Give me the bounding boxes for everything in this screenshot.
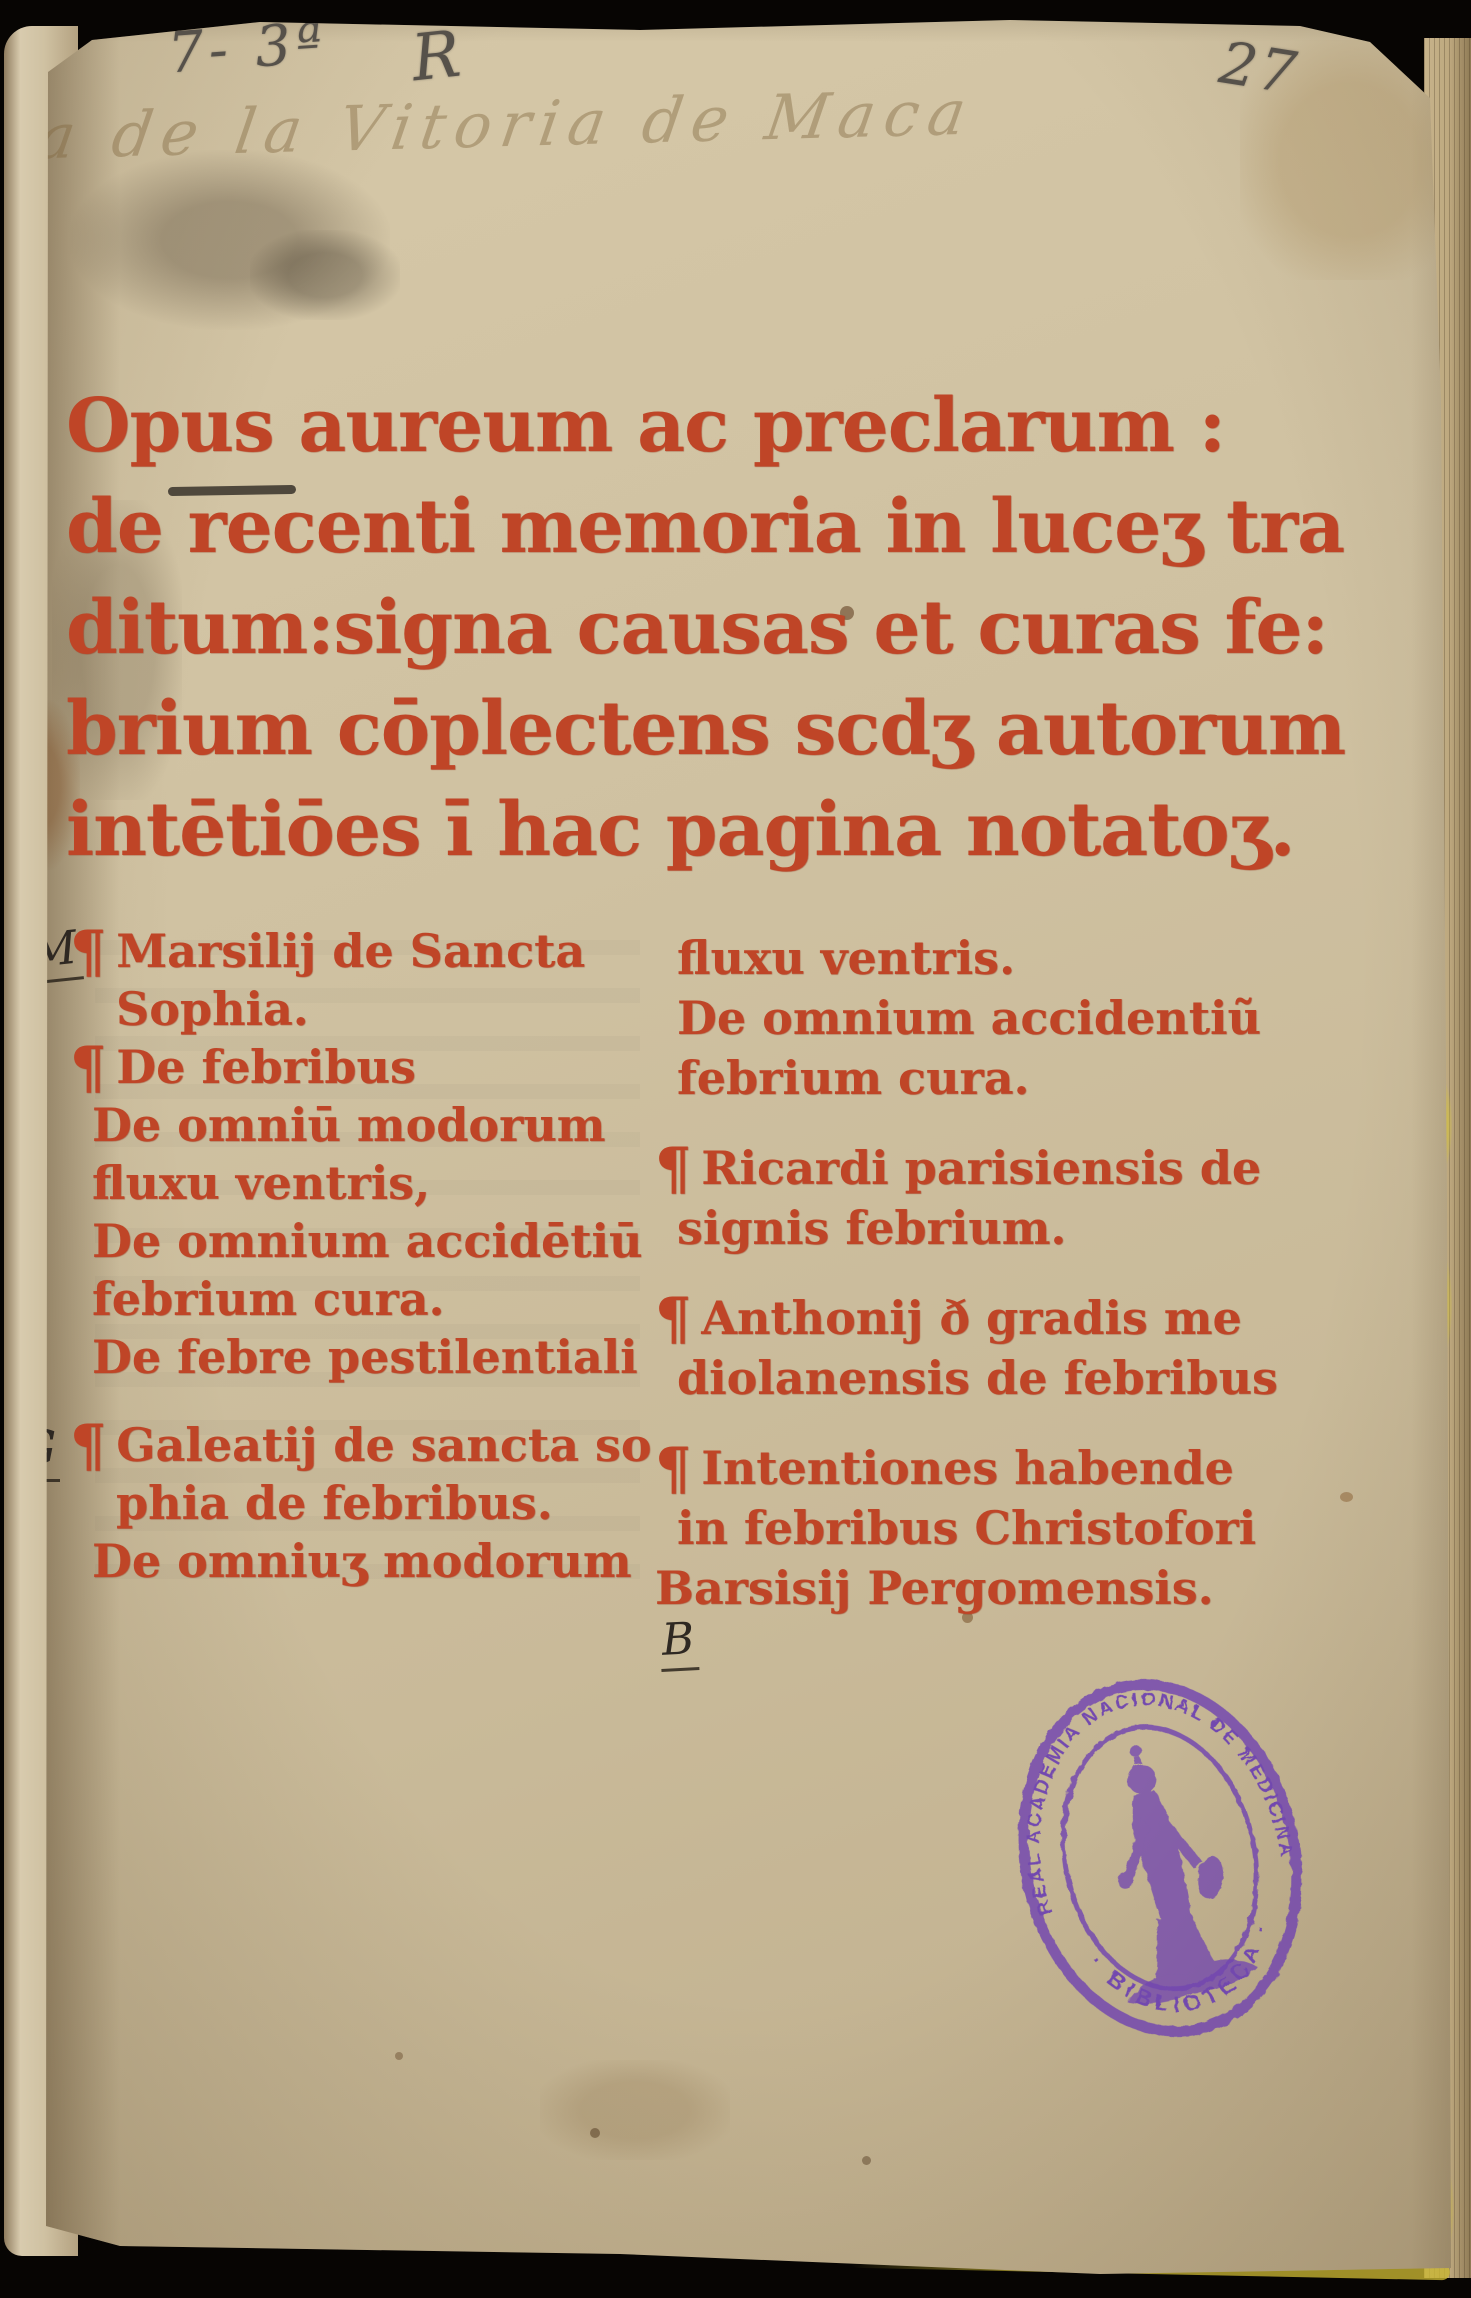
pilcrow-mark: ¶ bbox=[655, 1285, 691, 1352]
stamp-graphic: REAL ACADEMIA NACIONAL DE MEDICINA · BIB… bbox=[988, 1657, 1331, 2060]
title-line: ditum:signa causas et curas fe: bbox=[66, 578, 1430, 679]
pilcrow-mark: ¶ bbox=[655, 1435, 691, 1502]
entry-text: diolanensis de febribus bbox=[677, 1351, 1278, 1405]
entry-text: De omniuʒ modorum bbox=[92, 1534, 632, 1588]
faint-ink-inscription: a de la Vitoria de Maca bbox=[33, 76, 980, 174]
contents-left-column: ¶Marsilij de Sancta Sophia. ¶De febribus… bbox=[70, 922, 655, 1590]
contents-entry: ¶De febribus bbox=[70, 1038, 655, 1096]
entry-text: De febre pestilentiali bbox=[92, 1330, 638, 1384]
entry-text: Galeatij de sancta so bbox=[116, 1418, 651, 1472]
entry-text: Barsisij Pergomensis. bbox=[655, 1561, 1214, 1615]
entry-text: Ricardi parisiensis de bbox=[701, 1141, 1261, 1195]
entry-text: Intentiones habende bbox=[701, 1441, 1234, 1495]
contents-entry: fluxu ventris. bbox=[655, 928, 1395, 988]
entry-text: Sophia. bbox=[116, 982, 309, 1036]
title-block: Opus aureum ac preclarum : de recenti me… bbox=[66, 376, 1430, 881]
stain bbox=[590, 2128, 600, 2138]
contents-entry: Barsisij Pergomensis. bbox=[655, 1558, 1395, 1618]
pilcrow-mark: ¶ bbox=[70, 1034, 106, 1101]
contents-entry: De febre pestilentiali bbox=[70, 1328, 655, 1386]
scanned-book-page: 7- 3ª R 27 a de la Vitoria de Maca Opus … bbox=[0, 0, 1471, 2298]
contents-entry: febrium cura. bbox=[655, 1048, 1395, 1108]
margin-letter-b: B bbox=[659, 1613, 700, 1672]
contents-entry: diolanensis de febribus bbox=[655, 1348, 1395, 1408]
entry-text: De febribus bbox=[116, 1040, 416, 1094]
library-stamp: REAL ACADEMIA NACIONAL DE MEDICINA · BIB… bbox=[975, 1640, 1345, 2076]
pencil-letter-r: R bbox=[408, 18, 464, 97]
title-line: brium cōplectens scdʒ autorum bbox=[66, 679, 1430, 780]
entry-text: signis febrium. bbox=[677, 1201, 1066, 1255]
title-page: 7- 3ª R 27 a de la Vitoria de Maca Opus … bbox=[0, 0, 1471, 2298]
entry-text: De omnium accidētiū bbox=[92, 1214, 642, 1268]
stain bbox=[862, 2156, 871, 2165]
entry-text: in febribus Christofori bbox=[677, 1501, 1256, 1555]
contents-entry: De omniū modorum bbox=[70, 1096, 655, 1154]
stain bbox=[540, 2060, 730, 2160]
contents-entry: ¶Galeatij de sancta so bbox=[70, 1416, 655, 1474]
pilcrow-mark: ¶ bbox=[70, 918, 106, 985]
contents-entry: De omnium accidētiū bbox=[70, 1212, 655, 1270]
entry-text: Anthonij ð gradis me bbox=[701, 1291, 1241, 1345]
contents-entry: fluxu ventris, bbox=[70, 1154, 655, 1212]
pencil-shelfmark: 7- 3ª bbox=[166, 11, 330, 87]
contents-entry: ¶Anthonij ð gradis me bbox=[655, 1288, 1395, 1348]
contents-entry: Sophia. bbox=[70, 980, 655, 1038]
pilcrow-mark: ¶ bbox=[655, 1135, 691, 1202]
entry-text: fluxu ventris. bbox=[677, 931, 1015, 985]
title-line: Opus aureum ac preclarum : bbox=[66, 376, 1430, 477]
stain bbox=[250, 230, 400, 320]
contents-right-column: fluxu ventris. De omnium accidentiũ febr… bbox=[655, 928, 1395, 1618]
pencil-page-number: 27 bbox=[1215, 28, 1302, 107]
entry-text: febrium cura. bbox=[677, 1051, 1030, 1105]
contents-entry: ¶Marsilij de Sancta bbox=[70, 922, 655, 980]
entry-text: De omnium accidentiũ bbox=[677, 991, 1261, 1045]
entry-text: phia de febribus. bbox=[116, 1476, 553, 1530]
entry-text: febrium cura. bbox=[92, 1272, 445, 1326]
title-line: intētiōes ī hac pagina notatoʒ. bbox=[66, 780, 1430, 881]
contents-entry: De omniuʒ modorum bbox=[70, 1532, 655, 1590]
pilcrow-mark: ¶ bbox=[70, 1412, 106, 1479]
entry-text: fluxu ventris, bbox=[92, 1156, 430, 1210]
contents-entry: phia de febribus. bbox=[70, 1474, 655, 1532]
contents-entry: ¶Intentiones habende bbox=[655, 1438, 1395, 1498]
contents-entry: ¶Ricardi parisiensis de bbox=[655, 1138, 1395, 1198]
contents-entry: in febribus Christofori bbox=[655, 1498, 1395, 1558]
contents-entry: signis febrium. bbox=[655, 1198, 1395, 1258]
stain bbox=[395, 2052, 403, 2060]
contents-entry: De omnium accidentiũ bbox=[655, 988, 1395, 1048]
contents-entry: febrium cura. bbox=[70, 1270, 655, 1328]
entry-text: De omniū modorum bbox=[92, 1098, 605, 1152]
stain bbox=[70, 150, 390, 330]
entry-text: Marsilij de Sancta bbox=[116, 924, 585, 978]
